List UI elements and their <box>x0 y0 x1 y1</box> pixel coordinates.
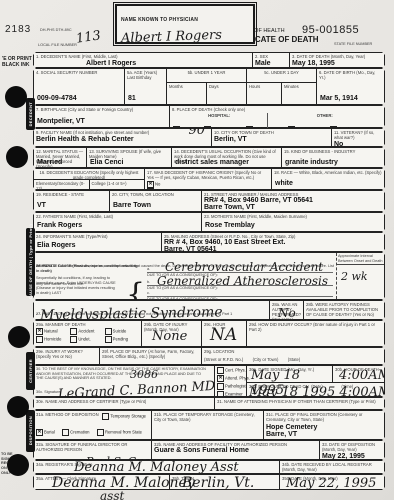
checkbox-cert-phys <box>217 367 224 374</box>
days-label: Days <box>209 84 244 89</box>
father-name-field: 22. FATHER'S NAME (First, Middle, Last) … <box>34 213 201 231</box>
education-field: 16. DECEDENT'S EDUCATION (Specify only h… <box>34 169 144 189</box>
stamp-title: NAME KNOWN TO PHYSICIAN <box>121 17 198 23</box>
clerk-signature-field: 35a. ATTEST — Clerk Signature Deanna M. … <box>34 475 169 489</box>
physician-stamp-box: NAME KNOWN TO PHYSICIAN Albert I Rogers <box>115 4 255 44</box>
residence-city-field: 20. CITY, TOWN, OR LOCATION Barre Town <box>109 191 201 211</box>
scanned-death-certificate: NAME KNOWN TO PHYSICIAN Albert I Rogers … <box>0 0 394 500</box>
hole-punch <box>5 86 27 108</box>
local-file-number: 113 <box>75 28 102 46</box>
certifier-name-address-field: 30e. NAME AND ADDRESS OF CERTIFIER (Type… <box>34 398 214 409</box>
certification-statement-field: 30. TO THE BEST OF MY KNOWLEDGE, ON THE … <box>34 366 214 396</box>
marital-status-field: 12. MARITAL STATUS — Married, Never Marr… <box>34 148 86 167</box>
row-registrar: 34a. REGISTRAR'S Signature Deanna M. Mal… <box>33 460 385 474</box>
row-disposition: 31a. METHOD OF DISPOSITION Temporary Sto… <box>33 410 385 440</box>
row-ssn-age-dob: 4. SOCIAL SECURITY NUMBER 009-09-4784 5a… <box>33 68 385 105</box>
under-1-year-field: 5b. UNDER 1 YEAR Months Days <box>166 69 246 104</box>
row-education-race: 16. DECEDENT'S EDUCATION (Specify only h… <box>33 168 385 190</box>
city-of-death-field: 10. CITY OR TOWN OF DEATH Berlin, VT <box>211 129 331 146</box>
temporary-storage-place-field: 31b. PLACE OF TEMPORARY STORAGE (Cemeter… <box>151 411 263 439</box>
injury-hour-field: 29c. HOUR NA <box>201 321 246 346</box>
veteran-field: 11. VETERAN? (If so, what war?) No <box>331 129 384 146</box>
race-field: 18. RACE — White, Black, American Indian… <box>271 169 384 189</box>
funeral-home-field: 32b. NAME AND ADDRESS OF FACILITY OR AUT… <box>151 441 319 459</box>
residence-street-field: 21. STREET AND NUMBER / MAILING ADDRESS … <box>201 191 384 211</box>
injury-location-field: 29g. LOCATION (Street or R.F.D. No.) (Ci… <box>201 348 384 364</box>
hispanic-origin-field: 17. WAS DECEDENT OF HISPANIC ORIGIN? (Sp… <box>144 169 271 189</box>
decedent-name-value: Albert I Rogers <box>86 60 250 67</box>
occupation-value: district sales manager <box>175 159 249 166</box>
cause-line-b-value: Generalized Atherosclerosis <box>157 274 328 288</box>
injury-at-work-field: 29e. INJURY AT WORK? (Specify Yes or No) <box>34 348 99 364</box>
sex-value: Male <box>255 60 287 67</box>
informant-name-value: Elia Rogers <box>37 242 76 249</box>
decedent-name-field: 1. DECEDENT'S NAME (First, Middle, Last)… <box>34 53 252 67</box>
age-field: 5a. AGE (Years) Last Birthday 81 <box>124 69 166 104</box>
injury-how-field: 29d. HOW DID INJURY OCCUR? (Enter nature… <box>246 321 384 346</box>
facility-name-field: 9. FACILITY NAME (If not institution, gi… <box>34 129 211 146</box>
certification-statement: 30. TO THE BEST OF MY KNOWLEDGE, ON THE … <box>36 367 206 381</box>
row-facility: 9. FACILITY NAME (If not institution, gi… <box>33 128 385 147</box>
checkbox-undetermined <box>70 336 77 343</box>
injury-place-field: 29f. PLACE OF INJURY (At home, Farm, Fac… <box>99 348 201 364</box>
hole-punch <box>6 146 28 168</box>
interval-header: Approximate Interval Between Onset and D… <box>337 253 384 265</box>
part1-left-labels: IMMEDIATE CAUSE (Final disease or condit… <box>34 263 144 296</box>
checkbox-cremation <box>62 429 69 436</box>
mother-name-field: 23. MOTHER'S NAME (First, Middle, Maiden… <box>201 213 384 231</box>
other-group-label: OTHER: <box>268 113 383 118</box>
tab-decedent: DECEDENT <box>26 98 35 130</box>
date-received-field: 34b. DATE RECEIVED BY LOCAL REGISTRAR (M… <box>279 461 384 473</box>
checkbox-burial: ✕ <box>36 429 43 436</box>
under-1-day-field: 5c. UNDER 1 DAY Hours Minutes <box>246 69 316 104</box>
hospital-group-label: HOSPITAL: <box>172 113 267 118</box>
date-of-birth-field: 6. DATE OF BIRTH (Mo., Day, Yr.) Mar 5, … <box>316 69 384 104</box>
row-informant: 24. INFORMANT'S NAME (Type/Print) Elia R… <box>33 232 385 252</box>
state-file-label: STATE FILE NUMBER <box>334 42 372 47</box>
checkbox-attend-phys: ✕ <box>217 375 224 382</box>
tab-certifier: CERTIFIER <box>26 352 35 390</box>
checkbox-homicide <box>36 336 43 343</box>
informant-name-field: 24. INFORMANT'S NAME (Type/Print) Elia R… <box>34 233 161 251</box>
date-of-death-value: May 18, 1995 <box>292 60 382 67</box>
hours-label: Hours <box>249 84 279 89</box>
sequential-note: Sequentially list conditions, if any, le… <box>36 276 116 295</box>
row-funeral: 32a. SIGNATURE OF FUNERAL DIRECTOR OR AU… <box>33 440 385 460</box>
registrar-signature-value: Deanna M. Maloney Asst <box>74 460 239 475</box>
injury-hour-value: NA <box>210 325 237 345</box>
residence-street-value-2: Barre Town, VT <box>204 204 382 211</box>
pronounced-dead-field: 30d. PRONOUNCED DEAD ON (Date) (Time) Ma… <box>247 383 384 398</box>
row-residence: 19. RESIDENCE - STATE VT 20. CITY, TOWN,… <box>33 190 385 212</box>
industry-value: granite industry <box>285 159 338 166</box>
informant-address-value-2: Barre, VT 05641 <box>164 246 382 253</box>
local-file-label: LOCAL FILE NUMBER <box>38 43 77 48</box>
final-disposition-value-2: Barre, VT <box>266 431 382 438</box>
informant-address-field: 25. MAILING ADDRESS (Street or R.F.D. No… <box>161 233 384 251</box>
months-label: Months <box>169 84 204 89</box>
row-injury-location: 29e. INJURY AT WORK? (Specify Yes or No)… <box>33 347 385 365</box>
disposition-date-value: May 22, 1995 <box>322 453 382 460</box>
residence-state-field: 19. RESIDENCE - STATE VT <box>34 191 109 211</box>
hole-punch <box>8 326 30 348</box>
facility-name-value: Berlin Health & Rehab Center <box>36 136 209 143</box>
ssn-field: 4. SOCIAL SECURITY NUMBER 009-09-4784 <box>34 69 124 104</box>
birthplace-value: Montpelier, VT <box>37 118 85 125</box>
row-certifier-names: 30e. NAME AND ADDRESS OF CERTIFIER (Type… <box>33 397 385 410</box>
state-file-number: 95-001855 <box>302 24 359 36</box>
interval-column: Approximate Interval Between Onset and D… <box>336 253 384 299</box>
attending-physician-field: 31. NAME OF ATTENDING PHYSICIAN IF OTHER… <box>214 398 384 409</box>
hour-of-death-value: 4:00AM <box>339 368 391 383</box>
checkbox-pending <box>105 336 112 343</box>
clerk-assistant-note: asst <box>100 489 124 500</box>
hole-punch <box>7 454 29 476</box>
checkbox-suicide <box>105 328 112 335</box>
row-birthplace-pod: 7. BIRTHPLACE (City and State or Foreign… <box>33 105 385 128</box>
surviving-spouse-field: 13. SURVIVING SPOUSE (If wife, give Maid… <box>86 148 171 167</box>
informant-address-value: RR # 4, Box 9460, 10 East Street Ext. <box>164 239 382 246</box>
row-name-sex-dod: 1. DECEDENT'S NAME (First, Middle, Last)… <box>33 52 385 68</box>
row-cause-part1: 26. PART 1. Enter the diseases, injuries… <box>33 252 385 300</box>
checkbox-pathologist <box>217 383 224 390</box>
tab-cause-of-death: CAUSE OF DEATH ( Type or Print ) <box>26 228 35 296</box>
final-disposition-value: Hope Cemetery <box>266 424 382 431</box>
date-of-birth-value: Mar 5, 1914 <box>320 95 358 102</box>
checkbox-hispanic-no: ✕ <box>147 181 154 188</box>
funeral-home-name: Guare & Sons Funeral Home <box>154 447 317 454</box>
hole-punch <box>7 396 29 418</box>
industry-field: 15. KIND OF BUSINESS - INDUSTRY granite … <box>281 148 384 167</box>
margin-print-note: 'E OR PRINT BLACK INK <box>2 56 32 69</box>
checkbox-temporary-storage <box>102 413 109 420</box>
sex-field: 2. SEX Male <box>252 53 289 67</box>
birthplace-field: 7. BIRTHPLACE (City and State or Foreign… <box>34 106 169 127</box>
race-value: white <box>275 180 293 187</box>
row-manner-of-death: 29a. MANNER OF DEATH ✕Natural Accident S… <box>33 320 385 347</box>
mother-name-value: Rose Tremblay <box>205 222 255 229</box>
minutes-label: Minutes <box>284 84 314 89</box>
signature-label: 30c. Signature <box>36 390 61 395</box>
place-of-death-field: 8. PLACE OF DEATH (Check only one) HOSPI… <box>169 106 384 127</box>
marital-status-value: Married <box>37 159 62 166</box>
autopsy-findings-field: 28b. WERE AUTOPSY FINDINGS AVAILABLE PRI… <box>303 301 384 319</box>
hour-of-death-field: 30b. HOUR OF DEATH 4:00AM <box>332 366 384 382</box>
checkbox-natural: ✕ <box>36 328 43 335</box>
surviving-spouse-value: Elia Cenci <box>90 159 123 166</box>
interval-line-a-value: 2 wk <box>341 270 368 283</box>
father-name-value: Frank Rogers <box>37 222 82 229</box>
immediate-cause-label: IMMEDIATE CAUSE (Final disease or condit… <box>36 264 142 273</box>
clerk-date-field: 35c. DATE (Month, Day, Year) May 22, 199… <box>279 475 384 489</box>
form-code: DH-PHS DTH-89C <box>40 28 72 33</box>
checkbox-examiner <box>217 391 224 398</box>
ssn-value: 009-09-4784 <box>37 95 77 102</box>
checkbox-accident <box>70 328 77 335</box>
autopsy-value: No <box>278 306 296 320</box>
residence-city-value: Barre Town <box>113 202 151 209</box>
row-town-clerk: 35a. ATTEST — Clerk Signature Deanna M. … <box>33 474 385 490</box>
city-of-death-value: Berlin, VT <box>214 136 329 143</box>
checkbox-removal <box>97 429 104 436</box>
manner-of-death-field: 29a. MANNER OF DEATH ✕Natural Accident S… <box>34 321 141 346</box>
disposition-date-field: 33. DATE OF DISPOSITION (Month, Day, Yea… <box>319 441 384 459</box>
tab-disposition: DISPOSITION <box>26 410 35 452</box>
residence-street-value: RR# 4, Box 9460 Barre, VT 05641 <box>204 197 382 204</box>
part2-field: 27. PART 2. Other significant conditions… <box>34 301 269 319</box>
license-number: 3086 <box>130 368 158 381</box>
row-marital-occupation: 12. MARITAL STATUS — Married, Never Marr… <box>33 147 385 168</box>
date-signed-field: 30a. DATE SIGNED (Mo., Day, Yr.) May 18 … <box>247 366 332 382</box>
cause-line-a-value: Cerebrovascular Accident <box>165 260 323 274</box>
registrar-signature-field: 34a. REGISTRAR'S Signature Deanna M. Mal… <box>34 461 279 473</box>
injury-date-field: 29b. DATE OF INJURY (Month, Day, Year) N… <box>141 321 201 346</box>
clerk-date-value: May 22, 1995 <box>286 476 376 491</box>
row-parents: 22. FATHER'S NAME (First, Middle, Last) … <box>33 212 385 232</box>
method-of-disposition-field: 31a. METHOD OF DISPOSITION Temporary Sto… <box>34 411 151 439</box>
stamp-handwritten-name: Albert I Rogers <box>121 27 249 46</box>
funeral-director-signature-field: 32a. SIGNATURE OF FUNERAL DIRECTOR OR AU… <box>34 441 151 459</box>
doc-number: 2183 <box>5 24 31 35</box>
injury-location-sub: (Street or R.F.D. No.) (City or Town) (S… <box>204 357 382 362</box>
row-certification: 30. TO THE BEST OF MY KNOWLEDGE, ON THE … <box>33 365 385 397</box>
date-of-death-field: 3. DATE OF DEATH (Month, Day, Year) May … <box>289 53 384 67</box>
final-disposition-field: 31c. PLACE OF FINAL DISPOSITION (Cemeter… <box>263 411 384 439</box>
autopsy-field: 28a. WAS AN AUTOPSY PERFORMED? (Yes or N… <box>269 301 303 319</box>
injury-date-value: None <box>152 329 187 344</box>
occupation-field: 14. DECEDENT'S USUAL OCCUPATION (Give ki… <box>171 148 281 167</box>
residence-state-value: VT <box>37 202 46 209</box>
certifier-type-field: Cert. Phys. ✕Attend. Phys. Pathologist E… <box>214 366 246 396</box>
certification-dates-field: 30a. DATE SIGNED (Mo., Day, Yr.) May 18 … <box>246 366 384 396</box>
row-part2-autopsy: 27. PART 2. Other significant conditions… <box>33 300 385 320</box>
age-value: 81 <box>128 95 136 102</box>
